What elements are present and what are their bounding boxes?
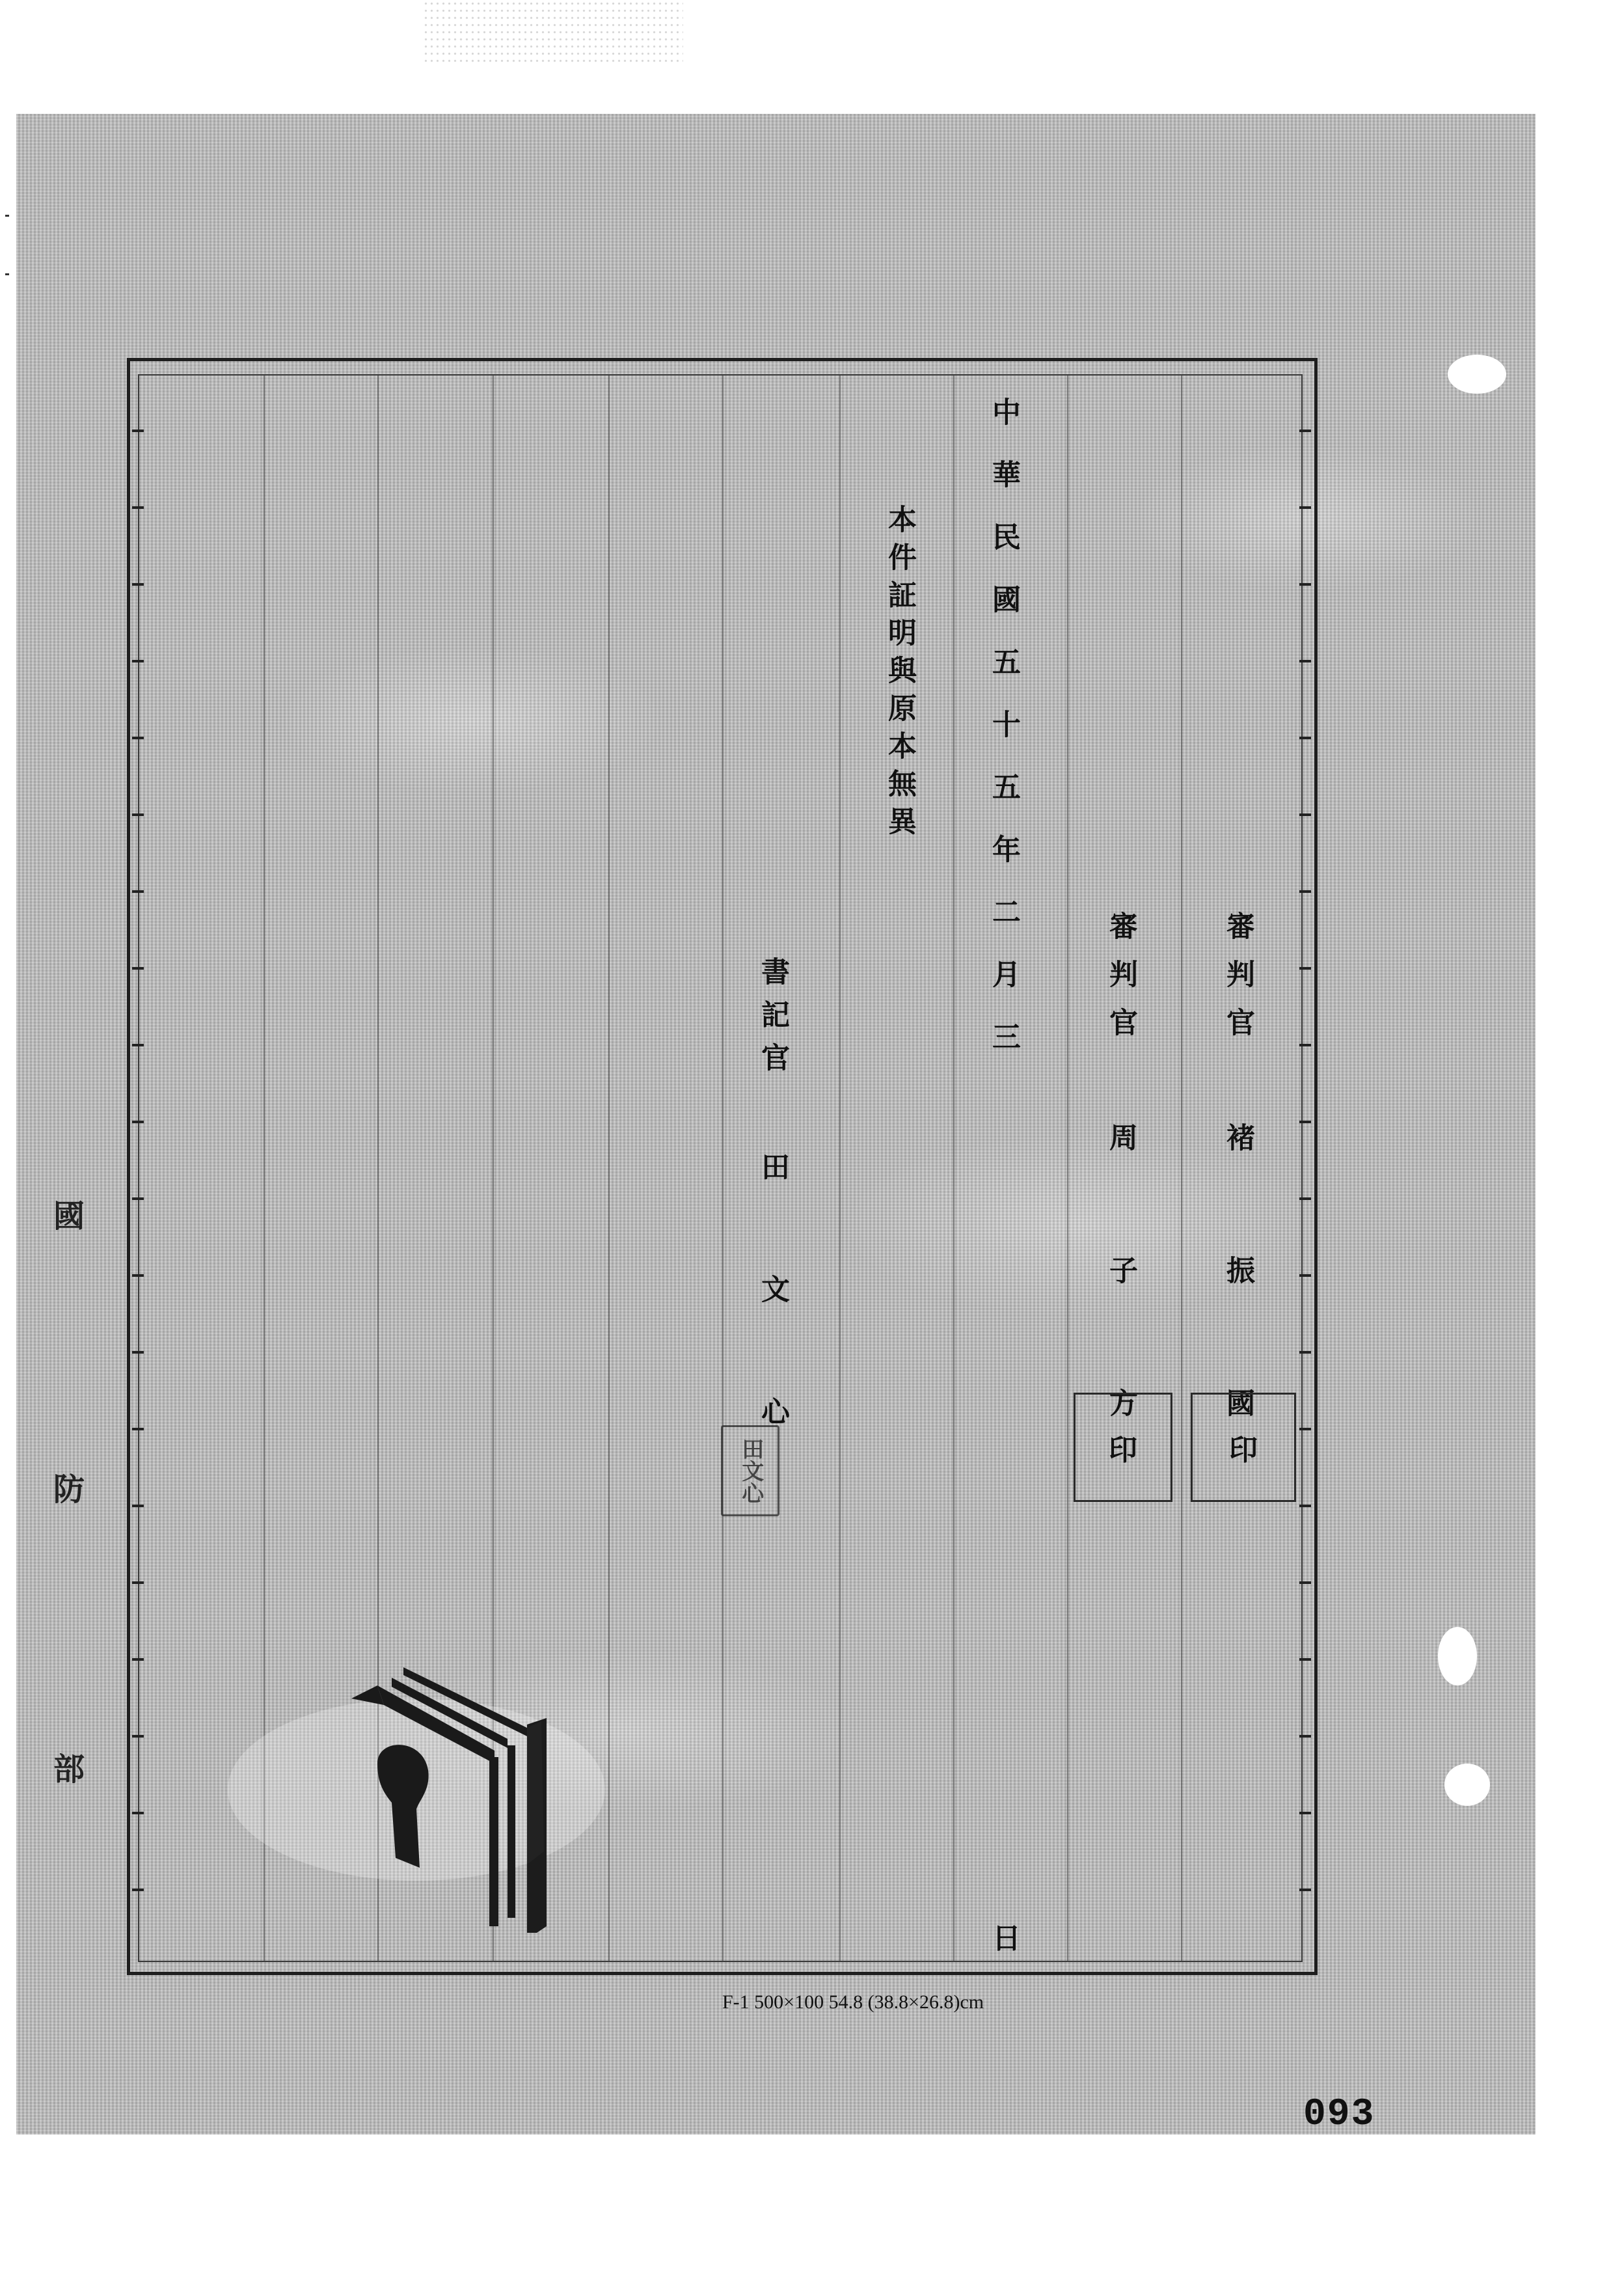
margin-tick: [1299, 1505, 1311, 1507]
date-prefix: 中華民國五十五年二月三: [989, 397, 1018, 1084]
margin-tick: [132, 660, 144, 662]
margin-tick: [132, 1581, 144, 1584]
column-line: [953, 375, 954, 1961]
punch-hole: [1438, 1627, 1477, 1685]
archive-logo-icon: [221, 1594, 690, 1933]
margin-tick: [132, 506, 144, 509]
clerk-personal-seal: 田文心: [721, 1425, 779, 1516]
margin-label-char: 部: [53, 1744, 85, 1789]
margin-tick: [1299, 430, 1311, 432]
margin-tick: [1299, 1351, 1311, 1354]
margin-tick: [1299, 1658, 1311, 1661]
margin-tick: [1299, 1889, 1311, 1891]
margin-tick: [132, 1121, 144, 1123]
margin-tick: [132, 1735, 144, 1738]
scan-mark: [5, 215, 9, 217]
clerk-title: 書記官: [758, 957, 787, 1085]
punch-hole: [1444, 1764, 1490, 1806]
margin-tick: [1299, 1581, 1311, 1584]
punch-hole: [1448, 355, 1506, 394]
margin-label-char: 防: [53, 1464, 85, 1509]
margin-tick: [1299, 506, 1311, 509]
margin-tick: [1299, 890, 1311, 893]
margin-tick: [132, 1812, 144, 1814]
margin-tick: [1299, 1735, 1311, 1738]
column-line: [722, 375, 724, 1961]
scan-noise-top: [423, 0, 683, 65]
column-line: [1067, 375, 1068, 1961]
margin-label-char: 國: [53, 1191, 85, 1236]
margin-tick: [132, 583, 144, 586]
margin-tick: [1299, 737, 1311, 739]
margin-tick: [132, 1889, 144, 1891]
margin-tick: [1299, 1428, 1311, 1430]
judge-2-title: 審判官: [1223, 911, 1252, 1056]
clerk-seal-text: 田文心: [738, 1438, 762, 1504]
judge-2-seal-box: 印: [1191, 1393, 1296, 1502]
margin-tick: [132, 890, 144, 893]
margin-tick: [132, 1197, 144, 1200]
margin-tick: [1299, 1274, 1311, 1277]
margin-tick: [132, 813, 144, 816]
margin-tick: [1299, 660, 1311, 662]
judge-1-seal-box: 印: [1074, 1393, 1172, 1502]
margin-tick: [132, 737, 144, 739]
scan-mark: [5, 273, 9, 275]
margin-tick: [1299, 967, 1311, 970]
column-line: [1181, 375, 1182, 1961]
margin-tick: [1299, 583, 1311, 586]
margin-tick: [132, 1428, 144, 1430]
margin-tick: [1299, 1197, 1311, 1200]
margin-tick: [132, 967, 144, 970]
margin-tick: [1299, 1044, 1311, 1046]
judge-2-seal-label: 印: [1229, 1426, 1258, 1468]
margin-tick: [132, 1044, 144, 1046]
margin-tick: [132, 1351, 144, 1354]
margin-tick: [1299, 813, 1311, 816]
margin-tick: [132, 1505, 144, 1507]
margin-tick: [132, 1274, 144, 1277]
certification-text: 本件証明與原本無異: [885, 504, 913, 844]
margin-tick: [132, 1658, 144, 1661]
margin-tick: [132, 430, 144, 432]
clerk-name: 田 文 心: [758, 1152, 787, 1458]
date-suffix: 日: [989, 1923, 1018, 1952]
page-number: 093: [1303, 2094, 1375, 2136]
column-line: [839, 375, 841, 1961]
judge-1-seal-label: 印: [1109, 1426, 1137, 1468]
margin-tick: [1299, 1121, 1311, 1123]
judge-1-title: 審判官: [1106, 911, 1135, 1056]
form-code: F-1 500×100 54.8 (38.8×26.8)cm: [722, 1991, 984, 2013]
margin-tick: [1299, 1812, 1311, 1814]
